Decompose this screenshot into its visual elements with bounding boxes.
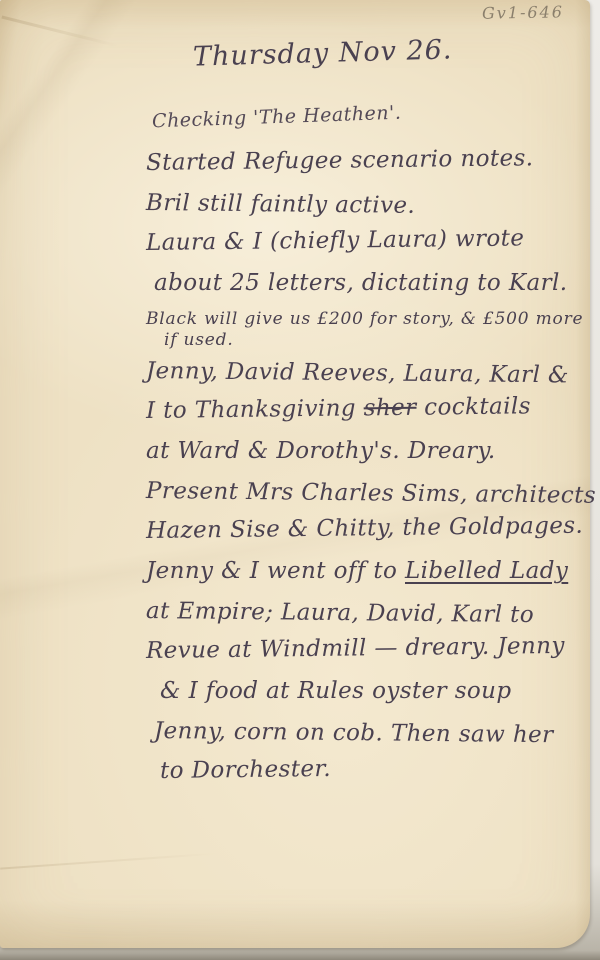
- entry-subject-line: Checking 'The Heathen'.: [152, 102, 402, 133]
- struck-out-word: sher: [364, 395, 417, 422]
- diary-line: at Empire; Laura, David, Karl to: [146, 598, 592, 630]
- paper-crease: [1, 16, 118, 48]
- catalog-number: Gv1-646: [482, 2, 564, 22]
- diary-text: cocktails: [416, 393, 531, 420]
- diary-line: Jenny, corn on cob. Then saw her: [154, 718, 592, 750]
- paper-crease: [0, 852, 220, 869]
- diary-page: Gv1-646 Thursday Nov 26. Checking 'The H…: [0, 0, 590, 948]
- diary-line: about 25 letters, dictating to Karl.: [154, 270, 592, 297]
- scanner-background: Gv1-646 Thursday Nov 26. Checking 'The H…: [0, 0, 600, 960]
- entry-date-heading: Thursday Nov 26.: [193, 34, 453, 72]
- diary-line: Black will give us £200 for story, & £50…: [146, 310, 592, 329]
- diary-line: Started Refugee scenario notes.: [146, 145, 592, 177]
- diary-line: Bril still faintly active.: [146, 190, 592, 222]
- diary-line: I to Thanksgiving sher cocktails: [146, 393, 592, 425]
- diary-line: Present Mrs Charles Sims, architects: [146, 478, 592, 510]
- diary-line: Jenny & I went off to Libelled Lady: [146, 558, 592, 585]
- diary-line: Laura & I (chiefly Laura) wrote: [146, 225, 592, 257]
- diary-text: I to Thanksgiving: [146, 395, 364, 424]
- diary-line: Revue at Windmill — dreary. Jenny: [146, 633, 592, 665]
- diary-text: Jenny & I went off to: [146, 558, 405, 584]
- diary-line: Hazen Sise & Chitty, the Goldpages.: [146, 513, 592, 545]
- diary-line: to Dorchester.: [160, 753, 592, 785]
- underlined-film-title: Libelled Lady: [405, 558, 568, 584]
- diary-body: Started Refugee scenario notes. Bril sti…: [146, 150, 592, 798]
- diary-line: at Ward & Dorothy's. Dreary.: [146, 438, 592, 465]
- diary-line: & I food at Rules oyster soup: [160, 678, 592, 705]
- diary-line: Jenny, David Reeves, Laura, Karl &: [146, 358, 592, 390]
- diary-line: if used.: [164, 331, 592, 350]
